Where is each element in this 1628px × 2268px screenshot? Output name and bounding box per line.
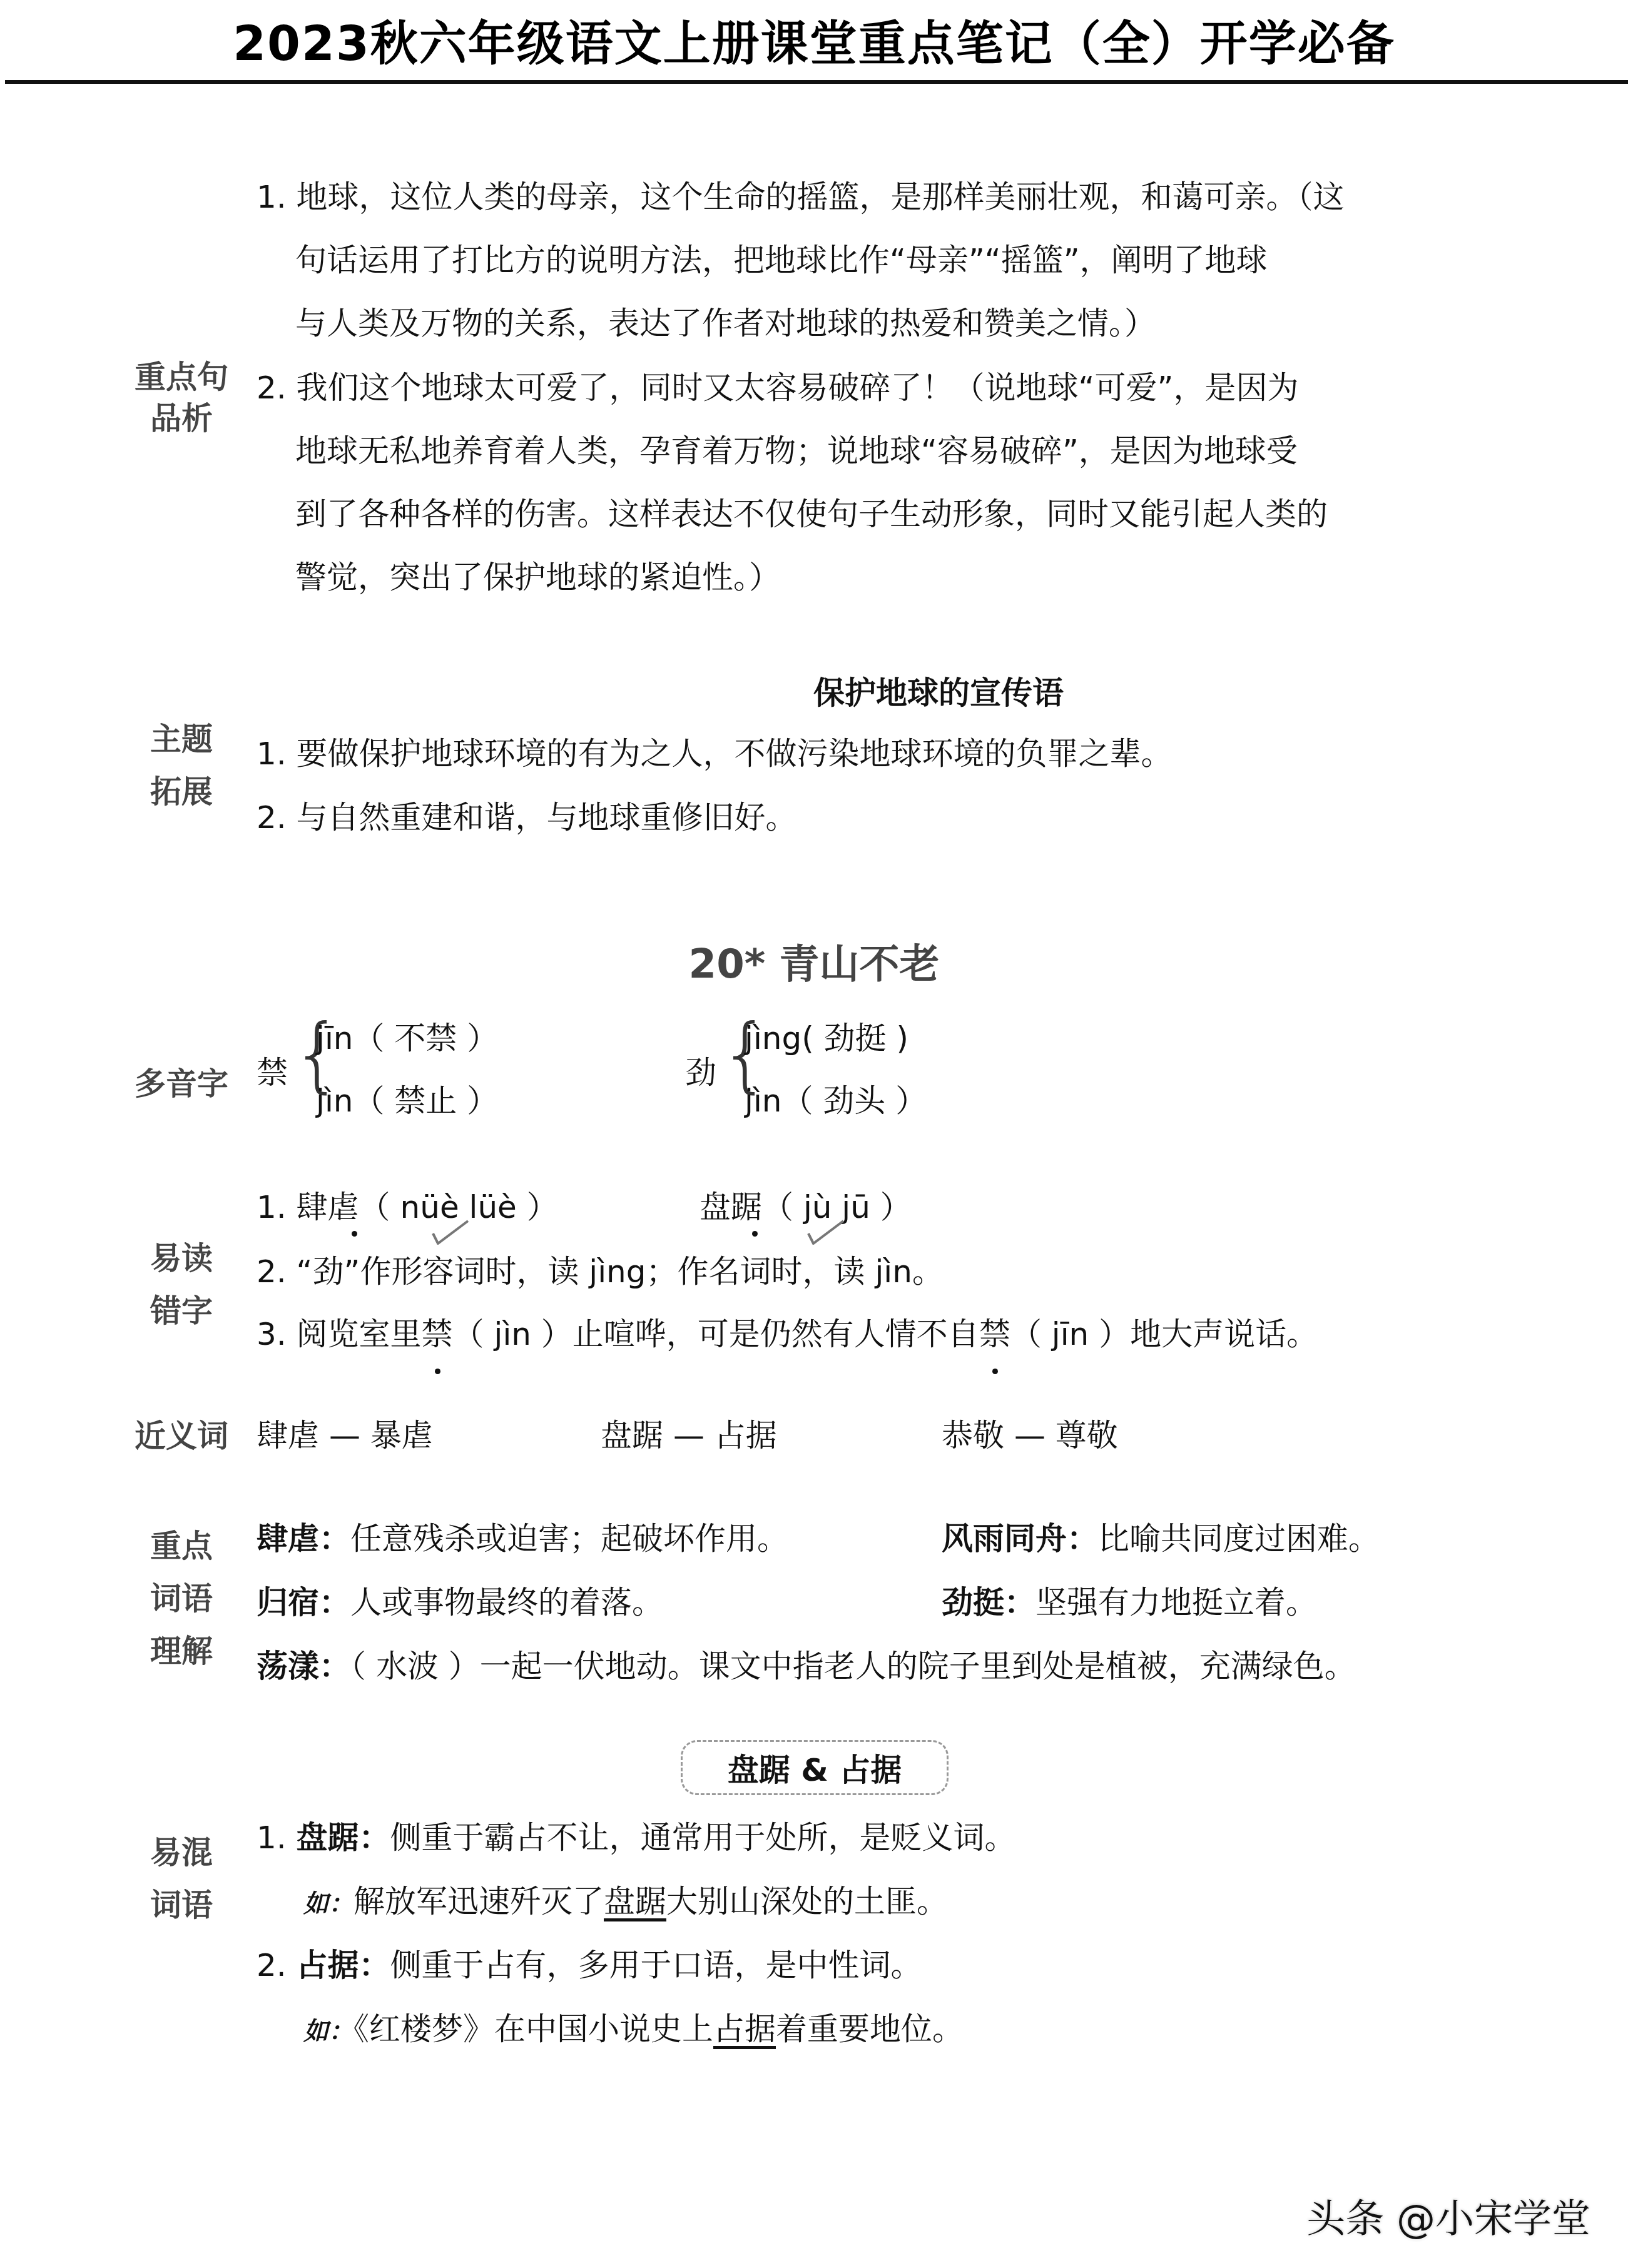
reading: jìng( 劲挺 ) — [745, 1007, 908, 1070]
label-line: 易混 — [128, 1826, 235, 1879]
label-line: 重点 — [128, 1520, 235, 1572]
item-number: 2. — [257, 1947, 297, 1983]
definition: 人或事物最终的着落。 — [350, 1584, 663, 1621]
misread-item-1: 1. 肆虐（ nüè lüè ） — [257, 1176, 558, 1238]
example-prefix: 如： — [303, 2017, 354, 2046]
term: 肆虐： — [257, 1521, 350, 1557]
sentence-line: 地球无私地养育着人类，孕育着万物；说地球“容易破碎”，是因为地球受 — [257, 420, 1520, 483]
example-2: 如：《红楼梦》在中国小说史上占据着重要地位。 — [303, 1998, 964, 2063]
watermark: 头条 @小宋学堂 — [1306, 2188, 1590, 2244]
sentence-line: 1. 地球，这位人类的母亲，这个生命的摇篮，是那样美丽壮观，和蔼可亲。（这 — [257, 166, 1520, 229]
definition: 比喻共同度过困难。 — [1098, 1521, 1380, 1557]
sentence-line: 与人类及万物的关系，表达了作者对地球的热爱和赞美之情。） — [257, 292, 1520, 355]
item-number: 1. — [257, 1189, 297, 1225]
document-title: 2023秋六年级语文上册课堂重点笔记（全）开学必备 — [0, 0, 1628, 79]
slogan-1: 1. 要做保护地球环境的有为之人，不做污染地球环境的负罪之辈。 — [257, 722, 1173, 785]
example-prefix: 如： — [303, 1890, 354, 1918]
example-1: 如：解放军迅速歼灭了盘踞大别山深处的土匪。 — [303, 1870, 948, 1935]
section-label-synonyms: 近义词 — [128, 1415, 235, 1457]
synonym-pair: 盘踞 — 占据 — [601, 1404, 777, 1467]
confusing-word-1: 1. 盘踞：侧重于霸占不让，通常用于处所，是贬义词。 — [257, 1806, 1016, 1869]
misread-item-3: 3. 阅览室里禁（ jìn ）止喧哗，可是仍然有人情不自禁（ jīn ）地大声说… — [257, 1303, 1318, 1365]
definition: 任意残杀或迫害；起破坏作用。 — [350, 1521, 788, 1557]
section-label-key-sentences: 重点句 品析 — [128, 357, 235, 439]
key-sentence-1: 1. 地球，这位人类的母亲，这个生命的摇篮，是那样美丽壮观，和蔼可亲。（这 句话… — [257, 166, 1520, 355]
title-divider — [5, 80, 1628, 84]
polyphonic-char: 劲 — [685, 1041, 716, 1104]
section-label-key-words: 重点 词语 理解 — [128, 1520, 235, 1678]
text: 3. 阅览室里 — [257, 1316, 422, 1352]
polyphonic-char: 禁 — [257, 1041, 288, 1104]
term: 占据： — [297, 1947, 390, 1983]
key-word-entry: 肆虐：任意残杀或迫害；起破坏作用。 — [257, 1507, 788, 1570]
item-number: 1. — [257, 1820, 297, 1856]
label-line: 词语 — [128, 1572, 235, 1625]
term: 盘踞： — [297, 1820, 390, 1856]
emphasized-char: 禁 — [422, 1303, 453, 1365]
reading: jìn（ 劲头 ） — [745, 1070, 927, 1132]
slogan-2: 2. 与自然重建和谐，与地球重修旧好。 — [257, 786, 797, 849]
section-label-theme-extension: 主题 拓展 — [128, 713, 235, 818]
label-line: 重点句 — [128, 357, 235, 398]
misread-item-2: 2. “劲”作形容词时，读 jìng；作名词时，读 jìn。 — [257, 1240, 944, 1303]
term: 风雨同舟： — [942, 1521, 1098, 1557]
misread-item-1b: 盘踞（ jù jū ） — [700, 1176, 912, 1238]
term: 劲挺： — [942, 1584, 1035, 1621]
underlined-word: 占据 — [713, 2011, 776, 2047]
synonym-pair: 肆虐 — 暴虐 — [257, 1404, 433, 1467]
emphasized-char: 禁 — [979, 1303, 1010, 1365]
definition: 侧重于占有，多用于口语，是中性词。 — [390, 1947, 922, 1983]
key-word-entry: 风雨同舟：比喻共同度过困难。 — [942, 1507, 1380, 1570]
lesson-title: 20* 青山不老 — [0, 932, 1628, 990]
synonym-pair: 恭敬 — 尊敬 — [942, 1404, 1118, 1467]
sentence-line: 到了各种各样的伤害。这样表达不仅使句子生动形象，同时又能引起人类的 — [257, 483, 1520, 546]
example-text: 着重要地位。 — [776, 2011, 964, 2047]
key-word-entry: 归宿：人或事物最终的着落。 — [257, 1571, 663, 1634]
sentence-line: 2. 我们这个地球太可爱了，同时又太容易破碎了！（说地球“可爱”，是因为 — [257, 357, 1520, 420]
section-label-polyphonic: 多音字 — [128, 1063, 235, 1105]
label-line: 错字 — [128, 1285, 235, 1337]
label-line: 易读 — [128, 1232, 235, 1285]
label-line: 品析 — [128, 398, 235, 439]
example-text: 《红楼梦》在中国小说史上 — [354, 2011, 713, 2047]
key-word-entry: 荡漾：（ 水波 ）一起一伏地动。课文中指老人的院子里到处是植被，充满绿色。 — [257, 1635, 1356, 1698]
reading: jìn（ 禁止 ） — [316, 1070, 498, 1132]
word: 肆虐 — [297, 1189, 359, 1225]
example-text: 大别山深处的土匪。 — [666, 1883, 948, 1920]
text: （ jìn ）止喧哗，可是仍然有人情不自 — [453, 1316, 979, 1352]
definition: 侧重于霸占不让，通常用于处所，是贬义词。 — [390, 1820, 1016, 1856]
label-line: 词语 — [128, 1879, 235, 1931]
term: 归宿： — [257, 1584, 350, 1621]
sentence-line: 警觉，突出了保护地球的紧迫性。） — [257, 546, 1520, 609]
label-line: 主题 — [128, 713, 235, 766]
sentence-line: 句话运用了打比方的说明方法，把地球比作“母亲”“摇篮”，阐明了地球 — [257, 229, 1520, 292]
text: （ jīn ）地大声说话。 — [1010, 1316, 1318, 1352]
word: 盘踞 — [700, 1189, 762, 1225]
underlined-word: 盘踞 — [604, 1883, 666, 1920]
section-label-confusing-words: 易混 词语 — [128, 1826, 235, 1931]
definition: （ 水波 ）一起一伏地动。课文中指老人的院子里到处是植被，充满绿色。 — [350, 1648, 1356, 1684]
label-line: 拓展 — [128, 766, 235, 818]
definition: 坚强有力地挺立着。 — [1035, 1584, 1317, 1621]
label-line: 理解 — [128, 1625, 235, 1678]
reading: jīn（ 不禁 ） — [316, 1007, 498, 1070]
emphasis-dot — [752, 1231, 758, 1237]
slogan-heading: 保护地球的宣传语 — [626, 668, 1251, 713]
example-text: 解放军迅速歼灭了 — [354, 1883, 604, 1920]
section-label-misread: 易读 错字 — [128, 1232, 235, 1337]
confusing-word-2: 2. 占据：侧重于占有，多用于口语，是中性词。 — [257, 1934, 922, 1997]
term: 荡漾： — [257, 1648, 350, 1684]
confusing-words-heading: 盘踞 & 占据 — [681, 1740, 949, 1795]
emphasis-dot — [352, 1231, 357, 1237]
key-word-entry: 劲挺：坚强有力地挺立着。 — [942, 1571, 1317, 1634]
key-sentence-2: 2. 我们这个地球太可爱了，同时又太容易破碎了！（说地球“可爱”，是因为 地球无… — [257, 357, 1520, 609]
